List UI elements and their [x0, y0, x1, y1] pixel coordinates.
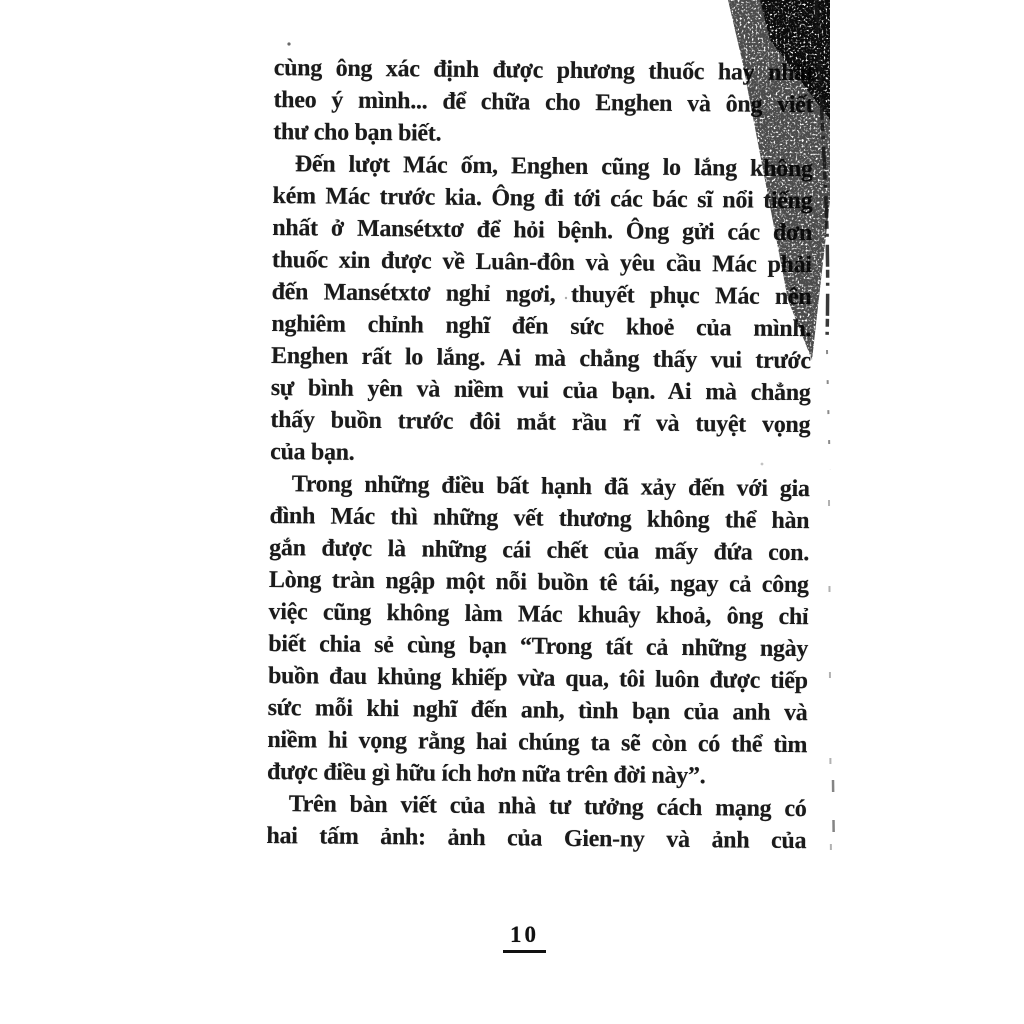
page-text: cùng ông xác định được phương thuốc hay … — [266, 52, 814, 857]
text-line: đến Mansétxtơ nghỉ ngơi, thuyết phục Mác… — [272, 276, 812, 313]
book-page: cùng ông xác định được phương thuốc hay … — [0, 0, 1024, 1024]
text-line: Trên bàn viết của nhà tư tưởng cách mạng… — [267, 788, 807, 825]
text-line: nhất ở Mansétxtơ để hỏi bệnh. Ông gửi cá… — [272, 212, 812, 249]
text-line: sự bình yên và niềm vui của bạn. Ai mà c… — [271, 372, 811, 409]
text-line: niềm hi vọng rằng hai chúng ta sẽ còn có… — [267, 724, 807, 761]
text-line: Trong những điều bất hạnh đã xảy đến với… — [270, 468, 810, 505]
text-line: nghiêm chỉnh nghĩ đến sức khoẻ của mình. — [271, 308, 811, 345]
text-line: Đến lượt Mác ốm, Enghen cũng lo lắng khô… — [273, 148, 813, 185]
text-line: thấy buồn trước đôi mắt rầu rĩ và tuyệt … — [270, 404, 810, 441]
text-line: sức mỗi khi nghĩ đến anh, tình bạn của a… — [268, 692, 808, 729]
text-line: Enghen rất lo lắng. Ai mà chẳng thấy vui… — [271, 340, 811, 377]
text-line: biết chia sẻ cùng bạn “Trong tất cả nhữn… — [268, 628, 808, 665]
text-line: đình Mác thì những vết thương không thể … — [269, 500, 809, 537]
page-number: 10 — [503, 922, 546, 953]
text-line: buồn đau khủng khiếp vừa qua, tôi luôn đ… — [268, 660, 808, 697]
text-line: Lòng tràn ngập một nỗi buồn tê tái, ngay… — [269, 564, 809, 601]
text-line: cùng ông xác định được phương thuốc hay … — [274, 52, 814, 89]
text-line: theo ý mình... để chữa cho Enghen và ông… — [273, 84, 813, 121]
text-line: được điều gì hữu ích hơn nữa trên đời nà… — [267, 756, 807, 793]
text-line: gắn được là những cái chết của mấy đứa c… — [269, 532, 809, 569]
text-line: thuốc xin được về Luân-đôn và yêu cầu Má… — [272, 244, 812, 281]
text-line: thư cho bạn biết. — [273, 116, 813, 153]
text-line: kém Mác trước kia. Ông đi tới các bác sĩ… — [272, 180, 812, 217]
text-line: việc cũng không làm Mác khuây khoả, ông … — [268, 596, 808, 633]
text-line: của bạn. — [270, 436, 810, 473]
text-line: hai tấm ảnh: ảnh của Gien-ny và ảnh của — [266, 820, 806, 857]
